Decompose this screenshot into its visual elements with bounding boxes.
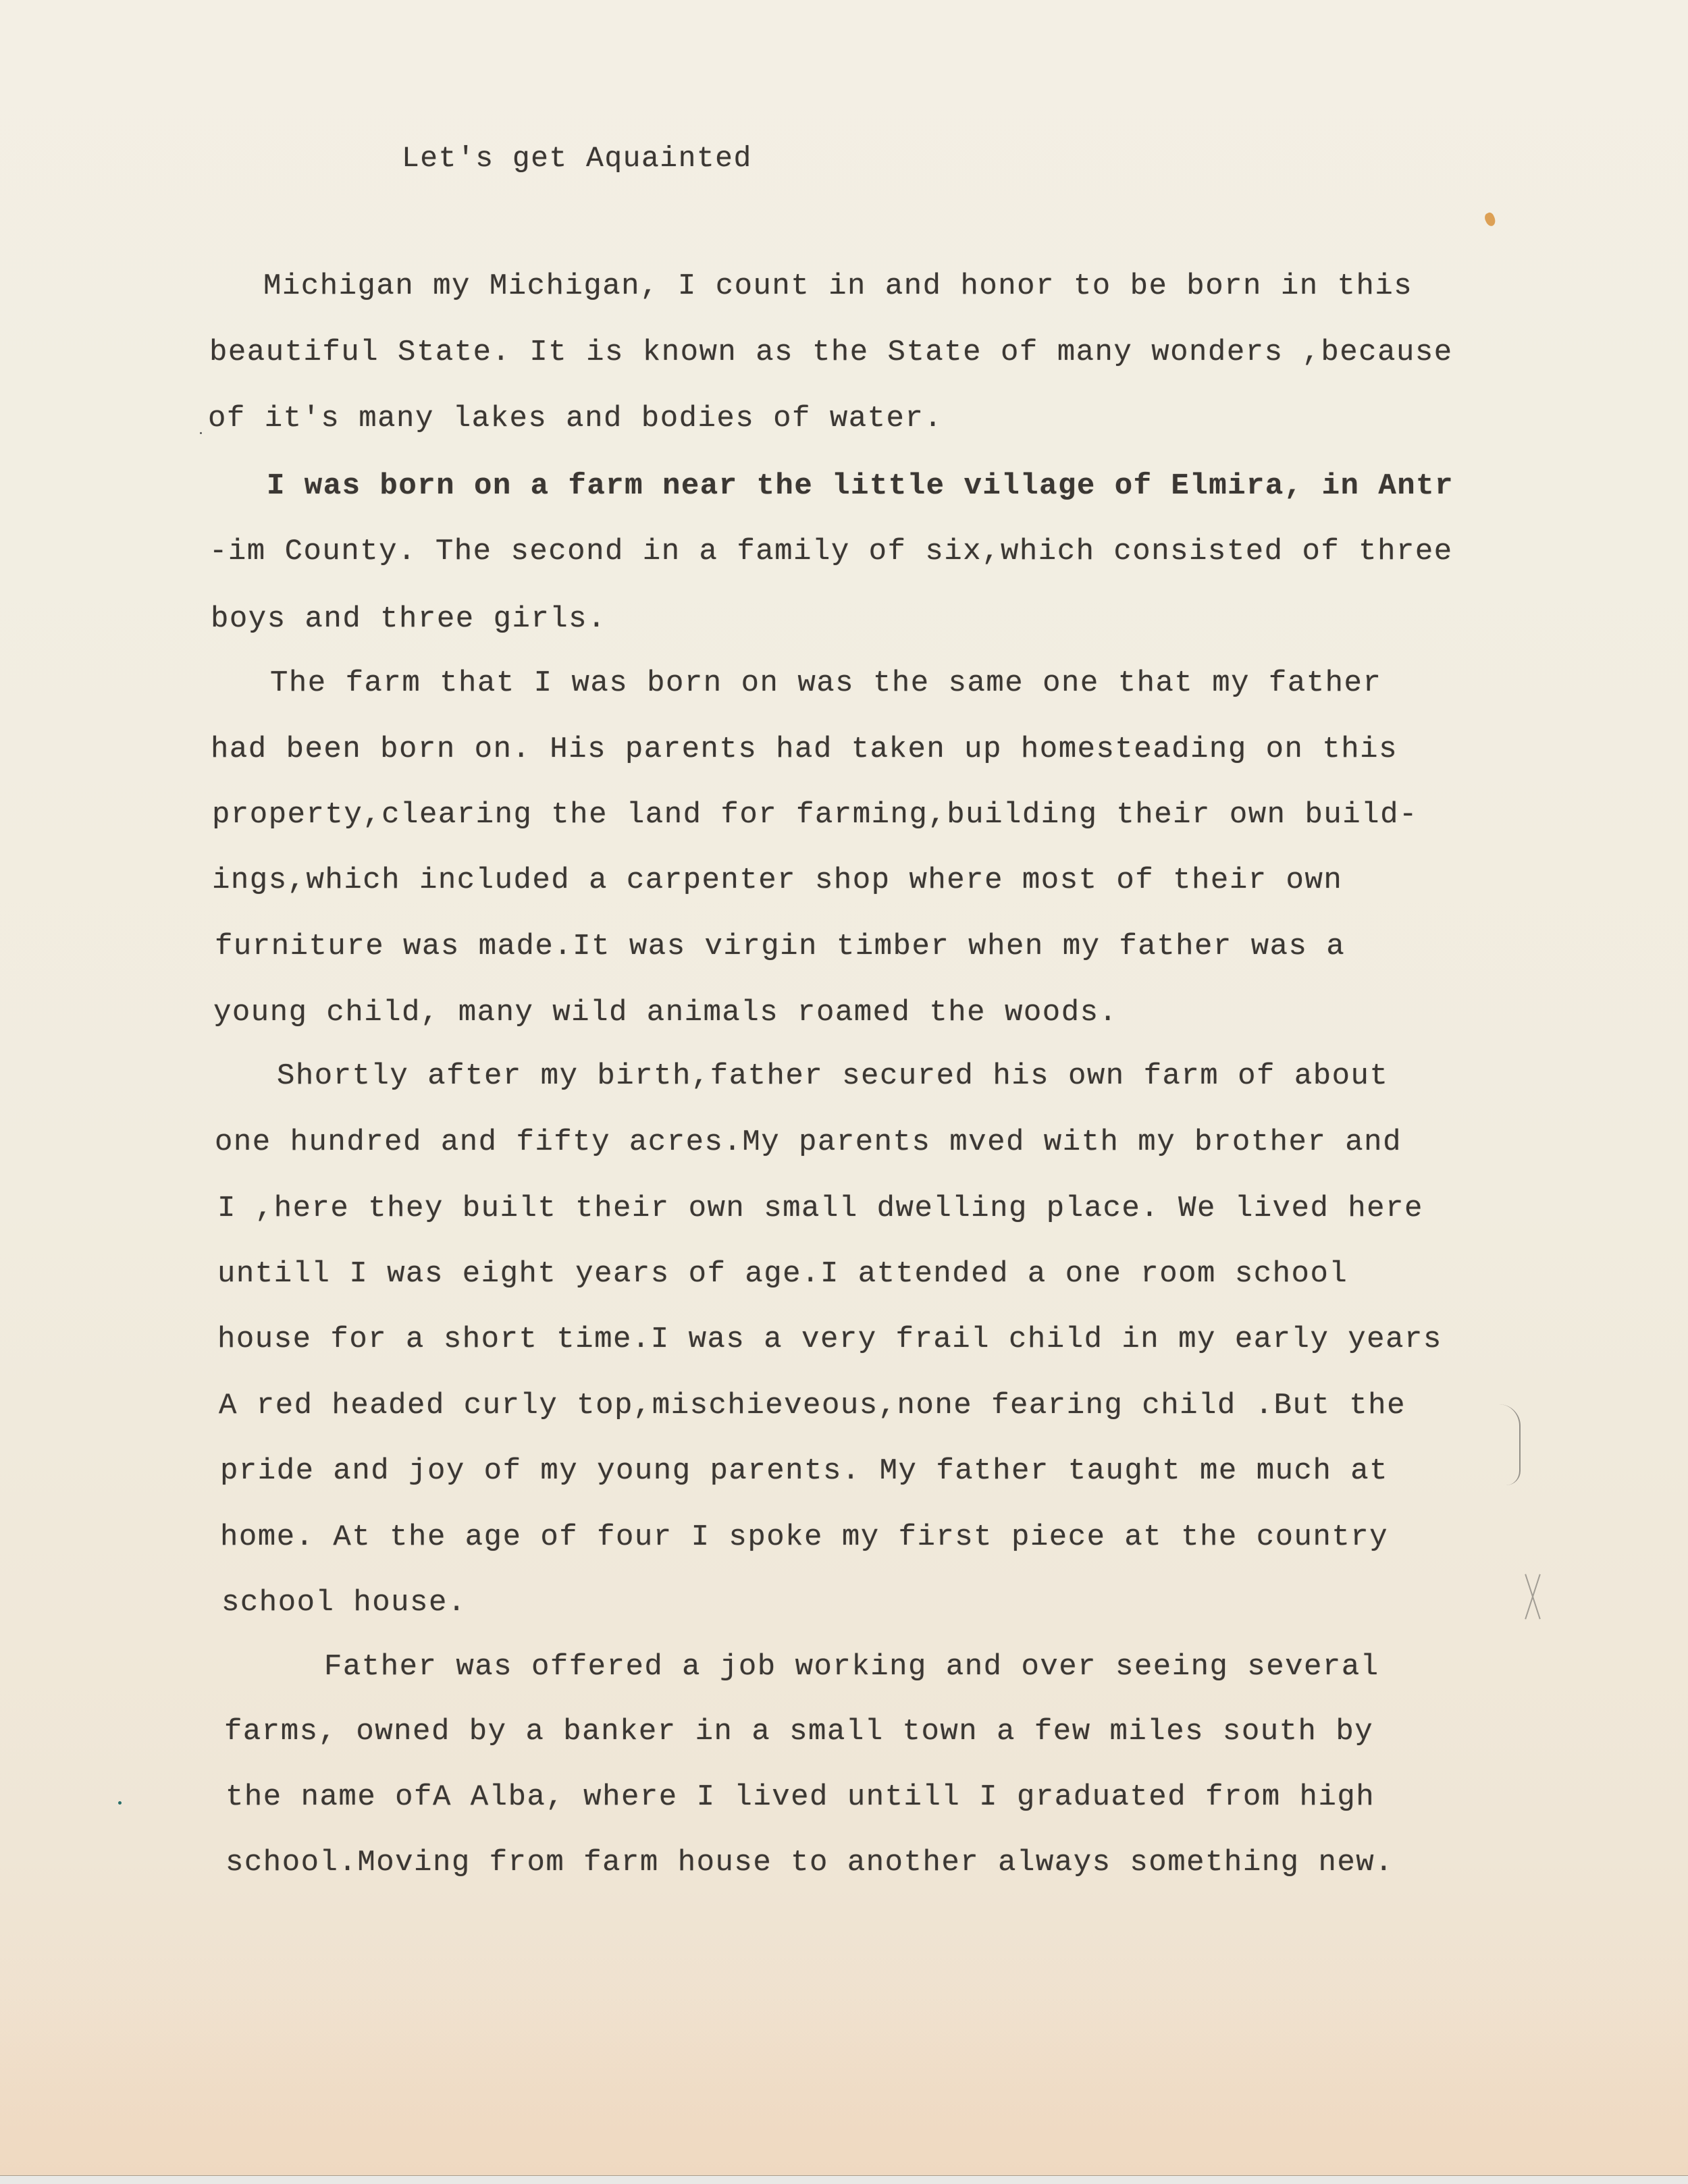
scan-edge [0, 2175, 1688, 2184]
text-line: young child, many wild animals roamed th… [213, 998, 1117, 1028]
text-line: -im County. The second in a family of si… [209, 537, 1453, 566]
text-line: farms, owned by a banker in a small town… [224, 1717, 1373, 1747]
text-line: house for a short time.I was a very frai… [217, 1325, 1442, 1354]
text-line: property,clearing the land for farming,b… [212, 800, 1418, 830]
text-line: one hundred and fifty acres.My parents m… [215, 1127, 1402, 1157]
text-line: furniture was made.It was virgin timber … [215, 932, 1345, 961]
text-line: I ,here they built their own small dwell… [217, 1194, 1423, 1223]
ink-speck [200, 432, 202, 434]
ink-speck [118, 1801, 122, 1805]
text-line: school house. [221, 1588, 467, 1618]
typewritten-page: Let's get Aquainted Michigan my Michigan… [0, 0, 1688, 2177]
text-line: untill I was eight years of age.I attend… [217, 1259, 1348, 1289]
text-line: Father was offered a job working and ove… [324, 1652, 1379, 1682]
pencil-x-mark [1525, 1573, 1541, 1620]
text-line: beautiful State. It is known as the Stat… [209, 338, 1453, 367]
text-line: boys and three girls. [211, 604, 606, 634]
text-line: school.Moving from farm house to another… [226, 1848, 1394, 1877]
text-line: Michigan my Michigan, I count in and hon… [263, 271, 1413, 301]
paper-stain [1483, 211, 1497, 228]
text-line: of it's many lakes and bodies of water. [208, 404, 943, 433]
page-title: Let's get Aquainted [402, 144, 752, 173]
text-line: Shortly after my birth,father secured hi… [277, 1061, 1388, 1091]
text-line: ings,which included a carpenter shop whe… [212, 865, 1342, 895]
text-line: I was born on a farm near the little vil… [267, 471, 1454, 501]
text-line: A red headed curly top,mischieveous,none… [219, 1391, 1406, 1420]
text-line: The farm that I was born on was the same… [270, 668, 1381, 698]
text-line: had been born on. His parents had taken … [211, 735, 1398, 764]
text-line: pride and joy of my young parents. My fa… [220, 1456, 1388, 1486]
text-line: home. At the age of four I spoke my firs… [220, 1522, 1388, 1552]
pencil-bracket-mark [1499, 1404, 1521, 1485]
text-line: the name ofA Alba, where I lived untill … [226, 1782, 1375, 1812]
